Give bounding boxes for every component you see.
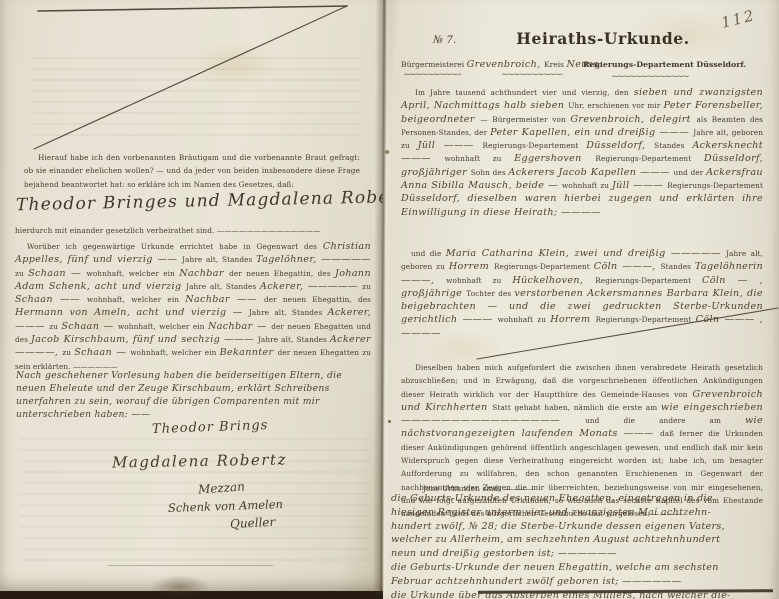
printed-text: zu xyxy=(49,322,61,331)
handwritten-entry: Jüll ——— xyxy=(418,140,483,151)
paper-stain xyxy=(190,40,280,90)
handwritten-line: die Geburts-Urkunde der neuen Ehegattin,… xyxy=(391,561,773,575)
signature-bride: Magdalena Robertz xyxy=(112,450,287,471)
handwritten-entry: Düsseldorf, xyxy=(586,140,654,151)
printed-text: Worüber ich gegenwärtige Urkunde erricht… xyxy=(27,242,323,251)
printed-text: wohnhaft, welcher ein xyxy=(130,348,219,357)
printed-text: Bürgermeisterei xyxy=(401,60,467,69)
printed-text: wohnhaft zu xyxy=(498,315,551,324)
printed-text: Jahre alt, Standes xyxy=(249,308,328,317)
handwritten-entry: Hermann von Ameln, acht und vierzig — xyxy=(15,307,249,318)
signature-registrar: Queller xyxy=(230,515,276,531)
printed-text: Regierungs-Departement xyxy=(595,154,704,163)
printed-text: und der xyxy=(674,168,707,177)
handwritten-entry: Nachbar — xyxy=(208,321,271,332)
handwritten-entry: Grevenbroich, delegirt xyxy=(570,114,696,125)
handwritten-entry: Bekannter xyxy=(220,347,278,358)
handwritten-entry: Horrem xyxy=(550,314,595,325)
signature-witness-1: Mezzan xyxy=(198,479,246,496)
handwritten-entry: Ackerers Jacob Kapellen ——— xyxy=(508,167,673,178)
printed-text: Jahre alt, Standes xyxy=(182,255,256,264)
handwritten-entry: Maria Catharina Klein, zwei und dreißig … xyxy=(446,248,726,259)
handwritten-line: hundert zwölf, № 28; die Sterbe-Urkunde … xyxy=(391,520,773,534)
handwritten-entry: Nachbar xyxy=(179,268,229,279)
printed-text: und die andere am xyxy=(585,416,745,425)
printed-text: der neuen Ehegattin, des xyxy=(264,295,371,304)
printed-text: Tochter des xyxy=(466,289,514,298)
signature-witness-2: Schenk von Amelen xyxy=(168,497,283,515)
printed-text: Jahre alt, Standes xyxy=(258,335,330,344)
printed-text: Standes xyxy=(654,141,692,150)
handwritten-entry: Ackerer, ————— xyxy=(260,281,362,292)
handwritten-entry: Jüll ——— xyxy=(612,180,667,191)
squiggle-underline: ~~~~~~~~~~~~~~~~~~~~ xyxy=(403,70,461,78)
shadow-smudge xyxy=(150,575,210,599)
printed-text: wohnhaft zu xyxy=(446,276,512,285)
printed-text: Regierungs-Departement xyxy=(596,315,696,324)
handwritten-entry: Schaan — xyxy=(74,347,130,358)
handwritten-entry: Cöln ———, xyxy=(594,261,661,272)
printed-text: zu xyxy=(15,269,28,278)
closing-paragraph: Nach geschehener Vorlesung haben die bei… xyxy=(16,369,368,421)
page-number: 112 xyxy=(719,6,757,32)
handwritten-entry: Jacob Kirschbaum, fünf und sechzig ——— xyxy=(31,334,258,345)
bride-paragraph: und die Maria Catharina Klein, zwei und … xyxy=(401,247,763,340)
gutter-crease xyxy=(372,0,391,594)
record-number: № 7. xyxy=(433,34,456,46)
handwritten-entry: Hückelhoven, xyxy=(512,275,595,286)
printed-text: Regierungs-Departement xyxy=(667,181,763,190)
faint-bottom-rule xyxy=(108,565,273,566)
question-paragraph: Hierauf habe ich den vorbenannten Bräuti… xyxy=(24,151,360,191)
handwritten-entry: Schaan — xyxy=(28,268,86,279)
printed-text: Regierungs-Departement xyxy=(494,262,594,271)
handwritten-entry: Schaan — xyxy=(61,321,118,332)
crossout-stroke-diagonal xyxy=(34,6,347,149)
handwritten-line: neun und dreißig gestorben ist; —————— xyxy=(391,547,773,561)
printed-text: Standes xyxy=(661,262,695,271)
handwritten-line: welcher zu Allerheim, am sechzehnten Aug… xyxy=(391,533,773,547)
witnesses-paragraph: Worüber ich gegenwärtige Urkunde erricht… xyxy=(15,240,371,373)
handwritten-line: hiesigen Register unterm vier und zwanzi… xyxy=(391,506,773,520)
crossout-stroke-top xyxy=(38,6,347,11)
printed-text: Regierungs-Departement xyxy=(483,141,587,150)
ink-bleedthrough xyxy=(30,55,360,145)
document-photo: Hierauf habe ich den vorbenannten Bräuti… xyxy=(0,0,779,599)
handwritten-line: die Geburts-Urkunde des neuen Ehegatten,… xyxy=(391,492,773,506)
certificate-title: Heiraths-Urkunde. xyxy=(488,29,718,48)
handwritten-entry: Tagelöhner, ————— xyxy=(256,254,371,265)
printed-text: wohnhaft, welcher ein xyxy=(87,295,185,304)
printed-text: wohnhaft, welcher ein xyxy=(86,269,179,278)
couple-names-line: Theodor Bringes und Magdalena Robertz xyxy=(16,187,418,215)
printed-text: Kreis xyxy=(544,60,567,69)
printed-text: Jahre alt, Standes xyxy=(186,282,260,291)
printed-text: wohnhaft zu xyxy=(562,181,612,190)
handwritten-entry: Nachbar —— xyxy=(185,294,264,305)
handwritten-entry: Düsseldorf, dieselben waren hierbei zuge… xyxy=(401,193,763,217)
printed-text: Statt gehabt haben, nämlich die erste am xyxy=(492,403,661,412)
squiggle-underline: ~~~~~~~~~~~~~~~~~~~~ xyxy=(501,70,563,78)
signature-groom: Theodor Brings xyxy=(152,418,269,437)
groom-paragraph: Im Jahre tausend achthundert vier und vi… xyxy=(401,86,763,219)
handwritten-line: Februar achtzehnhundert zwölf geboren is… xyxy=(391,575,773,589)
department-label: Regierungs-Departement Düsseldorf. xyxy=(583,60,746,69)
handwritten-entry: Grevenbroich, xyxy=(467,59,544,70)
right-page: 112 № 7. Heiraths-Urkunde. Bürgermeister… xyxy=(383,0,779,599)
married-statement: hierdurch mit einander gesetzlich verhei… xyxy=(15,224,371,237)
printed-text: wohnhaft zu xyxy=(445,154,515,163)
printed-text: wohnhaft, welcher ein xyxy=(118,322,208,331)
handwritten-entry: Horrem xyxy=(449,261,494,272)
printed-text: Regierungs-Departement xyxy=(595,276,702,285)
handwritten-entry: Schaan —— xyxy=(15,294,87,305)
printed-text: zu xyxy=(362,282,371,291)
documents-handwritten-block: die Geburts-Urkunde des neuen Ehegatten,… xyxy=(391,492,773,599)
left-page: Hierauf habe ich den vorbenannten Bräuti… xyxy=(0,0,383,591)
squiggle-underline: ~~~~~~~~~~~~~~~~~~~~ xyxy=(611,72,689,80)
printed-text: der neuen Ehegattin, des xyxy=(229,269,335,278)
handwritten-entry: Peter Kapellen, ein und dreißig ——— xyxy=(490,127,693,138)
printed-text: Im Jahre tausend achthundert vier und vi… xyxy=(415,88,634,97)
printed-text: — Bürgermeister von xyxy=(480,115,570,124)
handwritten-entry: Eggershoven xyxy=(514,153,595,164)
municipality-line: Bürgermeisterei Grevenbroich, Kreis Neus… xyxy=(401,59,598,70)
printed-text: Uhr, erschienen vor mir xyxy=(568,101,663,110)
printed-text: zu xyxy=(62,348,74,357)
printed-text: und die xyxy=(411,249,446,258)
printed-text: Sohn des xyxy=(471,168,509,177)
